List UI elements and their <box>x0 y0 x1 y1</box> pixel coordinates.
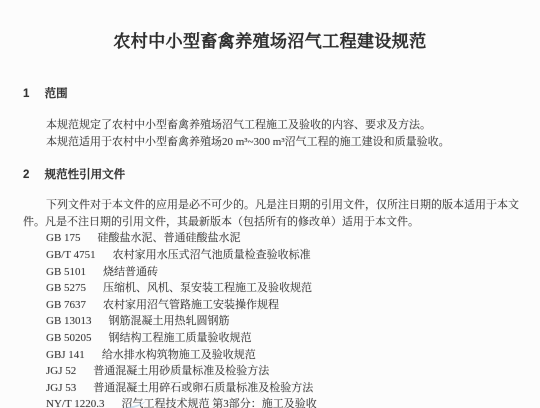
reference-item: JGJ 52普通混凝土用砂质量标准及检验方法 <box>46 363 540 380</box>
reference-title: 烧结普通砖 <box>103 264 158 281</box>
document-title: 农村中小型畜禽养殖场沼气工程建设规范 <box>0 0 540 52</box>
reference-code: NY/T 1220.3 <box>46 396 104 408</box>
reference-code: GBJ 141 <box>46 347 85 364</box>
reference-item: NY/T 1220.3沼气工程技术规范 第3部分：施工及验收 <box>46 396 540 408</box>
reference-item: GBJ 141给水排水构筑物施工及验收规范 <box>46 347 540 364</box>
reference-code: JGJ 53 <box>46 380 76 397</box>
reference-item: GB 7637农村家用沼气管路施工安装操作规程 <box>46 297 540 314</box>
reference-item: GB 50205钢结构工程施工质量验收规范 <box>46 330 540 347</box>
reference-title: 给水排水构筑物施工及验收规范 <box>102 347 256 364</box>
scope-line-2: 本规范适用于农村中小型畜禽养殖场20 m³~300 m³沼气工程的施工建设和质量… <box>46 134 540 151</box>
reference-title: 钢结构工程施工质量验收规范 <box>109 330 252 347</box>
reference-title: 普通混凝土用碎石或卵石质量标准及检验方法 <box>93 380 313 397</box>
section-scope-heading: 1 范围 <box>23 85 540 101</box>
reference-item: GB 5275压缩机、风机、泵安装工程施工及验收规范 <box>46 280 540 297</box>
reference-item: GB/T 4751农村家用水压式沼气池质量检查验收标准 <box>46 247 540 264</box>
reference-item: GB 175硅酸盐水泥、普通硅酸盐水泥 <box>46 230 540 247</box>
section-scope-title: 范围 <box>45 85 68 101</box>
reference-code: GB/T 4751 <box>46 247 96 264</box>
reference-code: GB 5101 <box>46 264 86 281</box>
reference-item: GB 13013钢筋混凝土用热轧圆钢筋 <box>46 313 540 330</box>
references-intro-line-2: 件。凡是不注日期的引用文件，其最新版本（包括所有的修改单）适用于本文件。 <box>23 214 540 231</box>
section-scope-number: 1 <box>23 88 29 100</box>
reference-code: JGJ 52 <box>46 363 76 380</box>
normative-references-body: 下列文件对于本文件的应用是必不可少的。凡是注日期的引用文件，仅所注日期的版本适用… <box>0 197 540 408</box>
reference-code: GB 175 <box>46 230 81 247</box>
reference-title: 农村家用水压式沼气池质量检查验收标准 <box>113 247 311 264</box>
reference-code: GB 13013 <box>46 313 92 330</box>
reference-code: GB 5275 <box>46 280 86 297</box>
scope-paragraphs: 本规范规定了农村中小型畜禽养殖场沼气工程施工及验收的内容、要求及方法。 本规范适… <box>0 117 540 150</box>
document-page: 农村中小型畜禽养殖场沼气工程建设规范 1 范围 本规范规定了农村中小型畜禽养殖场… <box>0 0 540 408</box>
reference-code: GB 7637 <box>46 297 86 314</box>
reference-title: 普通混凝土用砂质量标准及检验方法 <box>93 363 269 380</box>
reference-title: 钢筋混凝土用热轧圆钢筋 <box>109 313 230 330</box>
scope-line-1: 本规范规定了农村中小型畜禽养殖场沼气工程施工及验收的内容、要求及方法。 <box>46 117 540 134</box>
section-normative-references-title: 规范性引用文件 <box>45 166 126 182</box>
reference-title: 压缩机、风机、泵安装工程施工及验收规范 <box>103 280 312 297</box>
reference-title: 农村家用沼气管路施工安装操作规程 <box>103 297 279 314</box>
reference-list: GB 175硅酸盐水泥、普通硅酸盐水泥GB/T 4751农村家用水压式沼气池质量… <box>0 230 540 408</box>
reference-title: 沼气工程技术规范 第3部分：施工及验收 <box>121 396 316 408</box>
reference-item: JGJ 53普通混凝土用碎石或卵石质量标准及检验方法 <box>46 380 540 397</box>
section-normative-references-heading: 2 规范性引用文件 <box>23 166 540 182</box>
section-normative-references-number: 2 <box>23 169 29 181</box>
reference-title: 硅酸盐水泥、普通硅酸盐水泥 <box>98 230 241 247</box>
reference-item: GB 5101烧结普通砖 <box>46 264 540 281</box>
reference-code: GB 50205 <box>46 330 92 347</box>
references-intro-line-1: 下列文件对于本文件的应用是必不可少的。凡是注日期的引用文件，仅所注日期的版本适用… <box>46 197 540 214</box>
